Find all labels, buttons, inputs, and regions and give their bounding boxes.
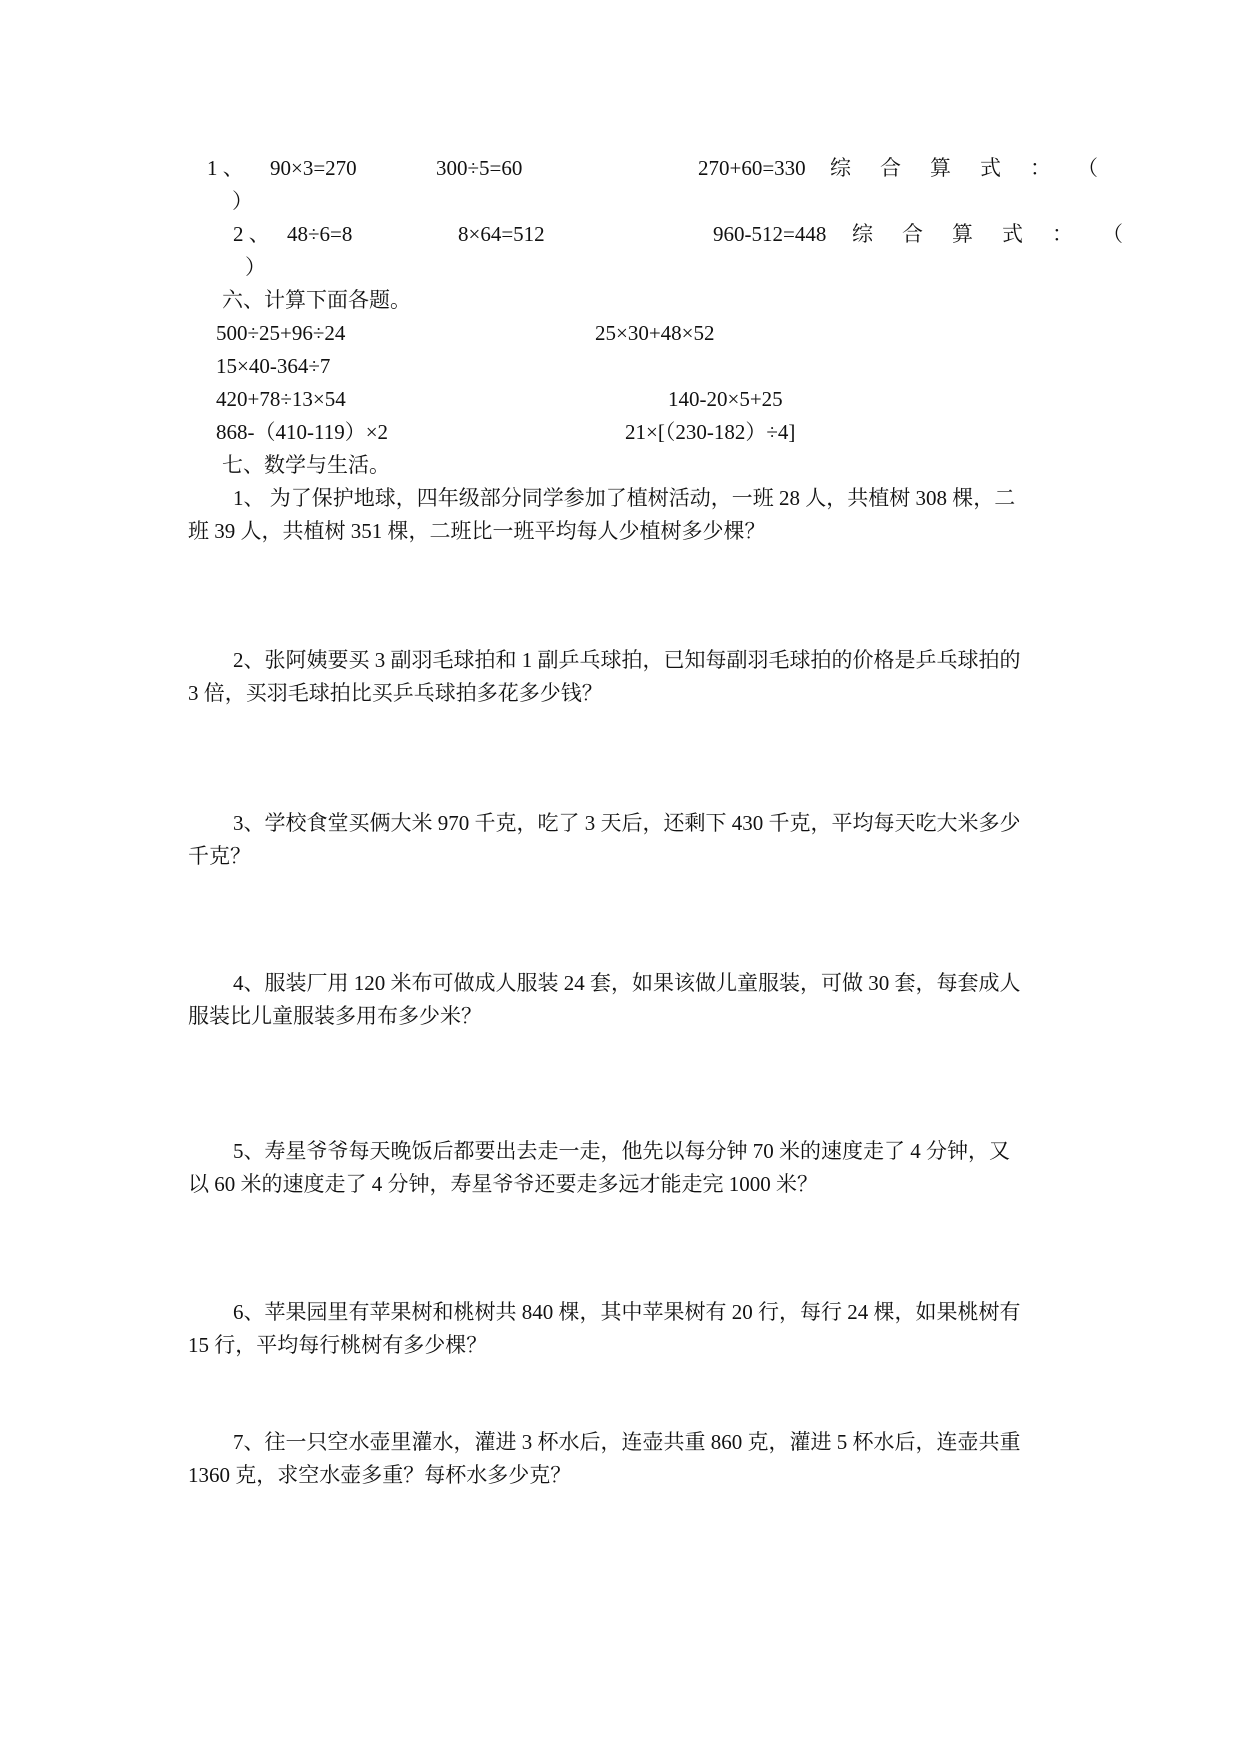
- calc-expression-right: 25×30+48×52: [567, 317, 715, 350]
- word-problem-text: 千克？: [188, 844, 251, 868]
- calc-row: 420+78÷13×54 140-20×5+25: [188, 383, 1108, 416]
- word-problem-text: 班 39 人，共植树 351 棵，二班比一班平均每人少植树多少棵？: [188, 519, 766, 543]
- word-problem-text: 1、 为了保护地球，四年级部分同学参加了植树活动，一班 28 人，共植树 308…: [233, 486, 1015, 510]
- step-expression-1: 48÷6=8: [287, 218, 352, 251]
- step-expression-2: 8×64=512: [458, 218, 545, 251]
- answer-workspace: [188, 710, 1108, 807]
- worksheet-content: 1 、 90×3=270 300÷5=60 270+60=330 综合算式： （…: [188, 152, 1108, 1492]
- answer-workspace: [188, 1201, 1108, 1296]
- calc-expression-right: 21×[（230-182）÷4]: [597, 416, 795, 449]
- composite-label: 综合算式：: [852, 218, 1102, 251]
- open-paren: （: [1077, 152, 1098, 185]
- word-problem-text: 服装比儿童服装多用布多少米？: [188, 1004, 482, 1028]
- word-problem-text: 5、寿星爷爷每天晚饭后都要出去走一走，他先以每分钟 70 米的速度走了 4 分钟…: [233, 1139, 1010, 1163]
- word-problem-7-line-1: 7、往一只空水壶里灌水，灌进 3 杯水后，连壶共重 860 克，灌进 5 杯水后…: [188, 1426, 1108, 1459]
- problem-number: 1 、: [207, 152, 244, 185]
- step-expression-1: 90×3=270: [270, 152, 357, 185]
- word-problem-6-line-2: 15 行，平均每行桃树有多少棵？: [188, 1329, 1108, 1362]
- word-problem-text: 7、往一只空水壶里灌水，灌进 3 杯水后，连壶共重 860 克，灌进 5 杯水后…: [233, 1430, 1021, 1454]
- word-problem-text: 6、苹果园里有苹果树和桃树共 840 棵，其中苹果树有 20 行，每行 24 棵…: [233, 1300, 1021, 1324]
- word-problem-text: 3、学校食堂买俩大米 970 千克，吃了 3 天后，还剩下 430 千克，平均每…: [233, 811, 1021, 835]
- step-expression-3: 960-512=448: [713, 218, 826, 251]
- word-problem-1-line-1: 1、 为了保护地球，四年级部分同学参加了植树活动，一班 28 人，共植树 308…: [188, 482, 1108, 515]
- calc-expression-left: 868-（410-119）×2: [216, 420, 388, 444]
- word-problem-2-line-1: 2、张阿姨要买 3 副羽毛球拍和 1 副乒乓球拍，已知每副羽毛球拍的价格是乒乓球…: [188, 644, 1108, 677]
- section-seven-title: 七、数学与生活。: [188, 449, 1108, 482]
- word-problem-5-line-1: 5、寿星爷爷每天晚饭后都要出去走一走，他先以每分钟 70 米的速度走了 4 分钟…: [188, 1135, 1108, 1168]
- word-problem-3-line-1: 3、学校食堂买俩大米 970 千克，吃了 3 天后，还剩下 430 千克，平均每…: [188, 807, 1108, 840]
- composite-label: 综合算式：: [830, 152, 1080, 185]
- word-problem-4-line-1: 4、服装厂用 120 米布可做成人服装 24 套，如果该做儿童服装，可做 30 …: [188, 967, 1108, 1000]
- word-problem-text: 1360 克，求空水壶多重？每杯水多少克？: [188, 1463, 571, 1487]
- section-title-text: 六、计算下面各题。: [222, 288, 411, 312]
- word-problem-7-line-2: 1360 克，求空水壶多重？每杯水多少克？: [188, 1459, 1108, 1492]
- word-problem-4-line-2: 服装比儿童服装多用布多少米？: [188, 1000, 1108, 1033]
- step-expression-3: 270+60=330: [698, 152, 806, 185]
- answer-workspace: [188, 548, 1108, 644]
- worksheet-page: 1 、 90×3=270 300÷5=60 270+60=330 综合算式： （…: [0, 0, 1241, 1754]
- word-problem-text: 以 60 米的速度走了 4 分钟，寿星爷爷还要走多远才能走完 1000 米？: [188, 1172, 818, 1196]
- composite-expression-row-2: 2 、 48÷6=8 8×64=512 960-512=448 综合算式： （: [188, 218, 1108, 251]
- word-problem-2-line-2: 3 倍，买羽毛球拍比买乒乓球拍多花多少钱？: [188, 677, 1108, 710]
- answer-workspace: [188, 1362, 1108, 1426]
- composite-expression-row-1: 1 、 90×3=270 300÷5=60 270+60=330 综合算式： （: [188, 152, 1108, 185]
- calc-row: 15×40-364÷7: [188, 350, 1108, 383]
- word-problem-5-line-2: 以 60 米的速度走了 4 分钟，寿星爷爷还要走多远才能走完 1000 米？: [188, 1168, 1108, 1201]
- close-paren: ）: [232, 189, 253, 213]
- word-problem-text: 3 倍，买羽毛球拍比买乒乓球拍多花多少钱？: [188, 681, 603, 705]
- close-paren-line: ）: [188, 185, 1108, 218]
- word-problem-1-line-2: 班 39 人，共植树 351 棵，二班比一班平均每人少植树多少棵？: [188, 515, 1108, 548]
- section-six-title: 六、计算下面各题。: [188, 284, 1108, 317]
- calc-expression-left: 500÷25+96÷24: [216, 321, 345, 345]
- calc-row: 868-（410-119）×2 21×[（230-182）÷4]: [188, 416, 1108, 449]
- calc-expression-left: 15×40-364÷7: [216, 354, 330, 378]
- open-paren: （: [1102, 218, 1123, 251]
- calc-row: 500÷25+96÷24 25×30+48×52: [188, 317, 1108, 350]
- word-problem-text: 2、张阿姨要买 3 副羽毛球拍和 1 副乒乓球拍，已知每副羽毛球拍的价格是乒乓球…: [233, 648, 1021, 672]
- close-paren: ）: [245, 255, 266, 279]
- word-problem-text: 15 行，平均每行桃树有多少棵？: [188, 1333, 487, 1357]
- word-problem-3-line-2: 千克？: [188, 840, 1108, 873]
- problem-number: 2 、: [233, 218, 270, 251]
- calc-expression-right: 140-20×5+25: [640, 383, 783, 416]
- answer-workspace: [188, 873, 1108, 967]
- step-expression-2: 300÷5=60: [436, 152, 522, 185]
- calc-expression-left: 420+78÷13×54: [216, 387, 346, 411]
- word-problem-text: 4、服装厂用 120 米布可做成人服装 24 套，如果该做儿童服装，可做 30 …: [233, 971, 1021, 995]
- close-paren-line: ）: [188, 251, 1108, 284]
- word-problem-6-line-1: 6、苹果园里有苹果树和桃树共 840 棵，其中苹果树有 20 行，每行 24 棵…: [188, 1296, 1108, 1329]
- section-title-text: 七、数学与生活。: [222, 453, 390, 477]
- answer-workspace: [188, 1033, 1108, 1135]
